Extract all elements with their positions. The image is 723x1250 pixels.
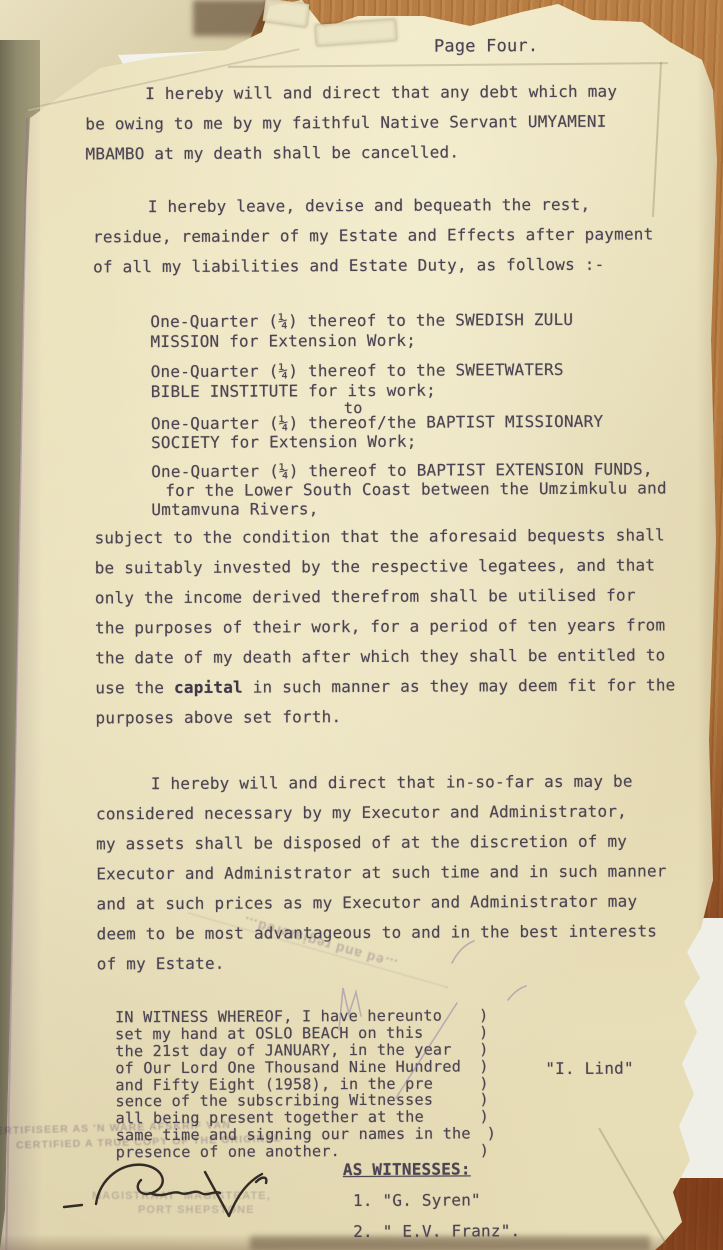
text-line: subject to the condition that the afores…	[94, 525, 664, 548]
witnesses-heading: AS WITNESSES:	[343, 1159, 471, 1180]
text-line: the purposes of their work, for a period…	[95, 615, 665, 638]
bequest-line: One-Quarter (¼) thereof to the SWEETWATE…	[151, 360, 564, 382]
bequest-line: One-Quarter (¼) thereof/the BAPTIST MISS…	[151, 412, 603, 434]
bequest-line: for the Lower South Coast between the Um…	[165, 478, 667, 501]
witness-item: 2. " E.V. Franz".	[353, 1221, 520, 1242]
text-line: MBAMBO at my death shall be cancelled.	[85, 142, 459, 164]
text-line: considered necessary by my Executor and …	[96, 802, 627, 825]
text-line: deem to be most advantageous to and in t…	[97, 921, 658, 944]
text-segment: in such manner as they may deem fit for …	[243, 675, 676, 696]
text-line: only the income derived therefrom shall …	[95, 586, 636, 609]
page-number: Page Four.	[434, 36, 538, 57]
bracket: )	[479, 1091, 488, 1108]
text-line: and at such prices as my Executor and Ad…	[96, 892, 637, 915]
bracket: )	[479, 1024, 488, 1041]
magistrate-stamp-location: PORT SHEPSTONE	[138, 1204, 255, 1216]
text-line: I hereby will and direct that any debt w…	[145, 82, 617, 104]
bequest-line: One-Quarter (¼) thereof to the SWEDISH Z…	[150, 310, 573, 332]
bequest-line: Umtamvuna Rivers,	[151, 499, 318, 520]
typewritten-text-layer: Page Four. I hereby will and direct that…	[0, 0, 723, 1250]
text-line: I hereby will and direct that in-so-far …	[151, 772, 633, 795]
bequest-line: MISSION for Extension Work;	[150, 331, 416, 352]
bracket: )	[480, 1108, 489, 1125]
scanned-will-page: …ed and registered… Page Four. I hereby …	[0, 0, 723, 1250]
text-line: the date of my death after which they sh…	[95, 645, 665, 668]
bracket: )	[479, 1007, 488, 1024]
witness-item: 1. "G. Syren"	[353, 1190, 481, 1211]
text-line: use the capital in such manner as they m…	[95, 675, 675, 698]
bequest-line: BIBLE INSTITUTE for its work;	[151, 381, 436, 402]
bracket: )	[480, 1142, 489, 1159]
bequest-line: SOCIETY for Extension Work;	[151, 432, 417, 453]
text-line: purposes above set forth.	[95, 707, 341, 728]
text-line: of my Estate.	[97, 954, 225, 975]
text-line: I hereby leave, devise and bequeath the …	[148, 195, 591, 217]
emphasized-word: capital	[174, 678, 243, 697]
text-line: my assets shall be disposed of at the di…	[96, 832, 627, 855]
text-line: Executor and Administrator at such time …	[96, 861, 666, 884]
magistrate-stamp: MAGISTRAAT MAGISTRATE,	[92, 1190, 271, 1202]
text-segment: use the	[95, 678, 174, 697]
testator-signature-typed: "I. Lind"	[545, 1059, 634, 1079]
bracket: )	[487, 1125, 496, 1142]
text-line: be suitably invested by the respective l…	[95, 555, 656, 578]
text-line: residue, remainder of my Estate and Effe…	[93, 224, 654, 247]
bracket: )	[479, 1058, 488, 1075]
text-line: be owing to me by my faithful Native Ser…	[85, 112, 606, 135]
text-line: of all my liabilities and Estate Duty, a…	[93, 255, 604, 278]
bracket: )	[479, 1041, 488, 1058]
